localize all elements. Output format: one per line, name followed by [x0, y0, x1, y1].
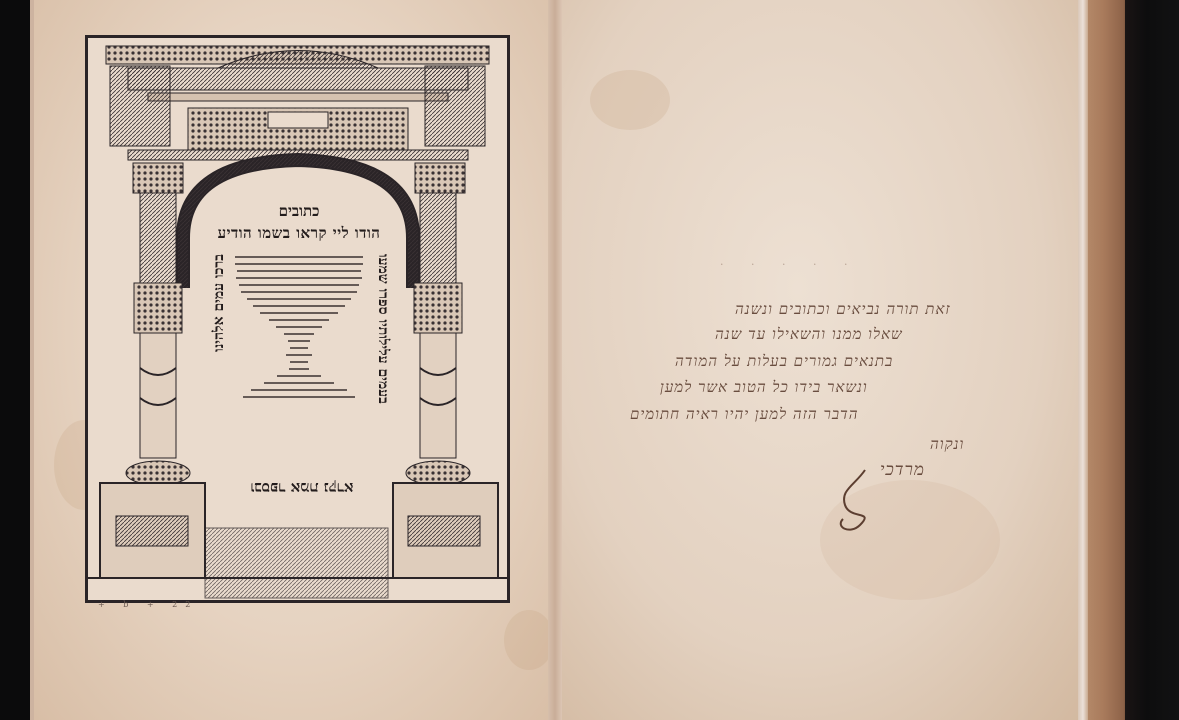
page-signature-marks: + b + 22 — [98, 600, 198, 609]
faint-marks: · · · · · — [720, 258, 859, 271]
title-right-column: בעמים עלילותיו ספרו שמעו — [375, 254, 391, 404]
book-gutter — [548, 0, 562, 720]
title-page-engraving: כתובים הודו ליי קראו בשמו הודיע בעמים על… — [85, 35, 510, 603]
inscription-line-6: ונקוה — [930, 435, 964, 454]
title-heading: כתובים — [203, 202, 395, 221]
paper-stain — [590, 70, 670, 130]
inscription-line-1: זאת תורה נביאים וכתובים ונשנה — [735, 300, 951, 319]
inscription-line-2: שאלו ממנו והשאילו עד שנה — [715, 325, 903, 344]
title-bottom-line: ובספר אמת נקרא — [227, 478, 377, 497]
inscription-line-4: ונשאר בידו כל הטוב אשר למען — [660, 378, 868, 397]
dark-background-left — [0, 0, 30, 720]
paper-stain — [504, 610, 554, 670]
book-photograph: כתובים הודו ליי קראו בשמו הודיע בעמים על… — [0, 0, 1179, 720]
title-subtitle: הודו ליי קראו בשמו הודיע — [203, 224, 395, 243]
signature-flourish — [825, 465, 885, 540]
inscription-signature: מרדכי — [880, 460, 925, 480]
inscription-line-3: בתנאים גמורים בעלות על המודה — [675, 352, 893, 371]
title-panel: כתובים הודו ליי קראו בשמו הודיע בעמים על… — [203, 196, 395, 521]
dark-background-right — [1125, 0, 1179, 720]
title-body-text-block — [233, 256, 365, 403]
book-cover-edge — [1085, 0, 1130, 720]
right-page-edge — [1078, 0, 1088, 720]
title-left-column: ברכו עמים אלהינו — [211, 254, 227, 352]
inscription-line-5: הדבר הזה למען יהיו ראיה חתומים — [630, 405, 859, 424]
